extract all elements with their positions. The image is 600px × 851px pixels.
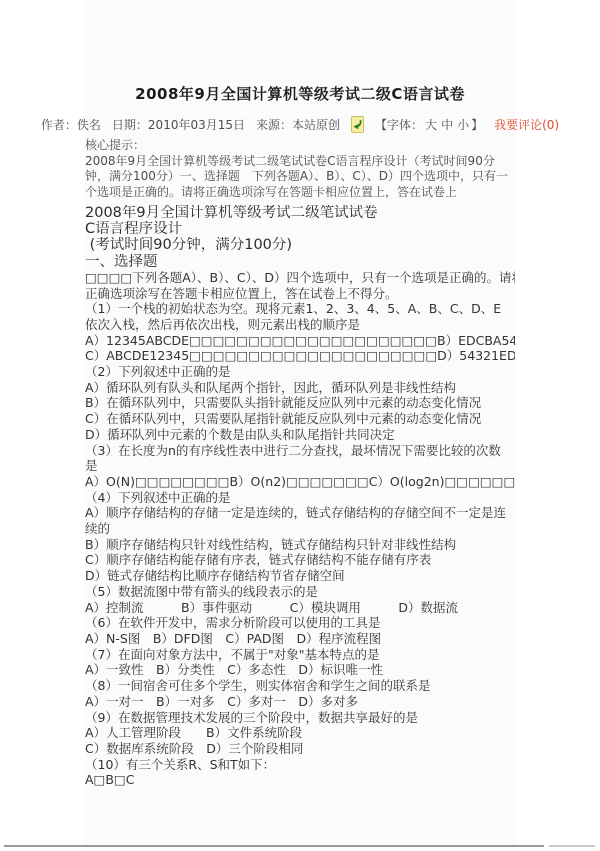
author-label: 作者：佚名	[41, 117, 101, 133]
body-line: （10）有三个关系R、S和T如下：	[85, 757, 515, 773]
share-arrow-icon[interactable]	[351, 116, 364, 133]
page-title: 2008年9月全国计算机等级考试二级C语言试卷	[85, 84, 515, 104]
body-line: A）顺序存储结构的存储一定是连续的，链式存储结构的存储空间不一定是连	[85, 505, 515, 521]
body-line: C）数据库系统阶段 D）三个阶段相同	[85, 741, 515, 757]
body-line: 续的	[85, 521, 515, 537]
horizontal-scrollbar[interactable]	[0, 845, 600, 848]
body-line: （8）一间宿舍可住多个学生，则实体宿舍和学生之间的联系是	[85, 678, 515, 694]
summary-label: 核心提示：	[85, 138, 515, 154]
body-line: （2）下列叙述中正确的是	[85, 364, 515, 380]
body-line: D）循环队列中元素的个数是由队头和队尾指针共同决定	[85, 427, 515, 443]
body-line: （3）在长度为n的有序线性表中进行二分查找，最坏情况下需要比较的次数	[85, 443, 515, 459]
body-line: （5）数据流图中带有箭头的线段表示的是	[85, 584, 515, 600]
scrollbar-track[interactable]	[549, 845, 595, 847]
body-line: （4）下列叙述中正确的是	[85, 490, 515, 506]
green-arrow-glyph	[352, 119, 363, 130]
body-line: （7）在面向对象方法中，不属于"对象"基本特点的是	[85, 647, 515, 663]
body-line: （1）一个栈的初始状态为空。现将元素1、2、3、4、5、A、B、C、D、E	[85, 301, 515, 317]
body-line: A）循环队列有队头和队尾两个指针，因此，循环队列是非线性结构	[85, 380, 515, 396]
body-line: 依次入栈，然后再依次出栈，则元素出栈的顺序是	[85, 317, 515, 333]
body-line: B）顺序存储结构只针对线性结构，链式存储结构只针对非线性结构	[85, 537, 515, 553]
body-line: C）在循环队列中，只需要队尾指针就能反应队列中元素的动态变化情况	[85, 411, 515, 427]
comment-link[interactable]: 我要评论(0)	[494, 117, 559, 133]
article-body: 2008年9月全国计算机等级考试二级笔试试卷C语言程序设计 (考试时间90分钟，…	[85, 205, 515, 788]
font-label-open: 【字体：	[375, 117, 423, 133]
scrollbar-thumb[interactable]	[4, 845, 544, 847]
article: 2008年9月全国计算机等级考试二级C语言试卷 作者：佚名 日期：2010年03…	[85, 0, 515, 851]
body-line: C）ABCDE12345□□□□□□□□□□□□□□□□□□□□□D）54321…	[85, 348, 515, 364]
font-size-medium[interactable]: 中	[441, 117, 453, 133]
font-label-close: 】	[471, 117, 483, 133]
body-line: （6）在软件开发中，需求分析阶段可以使用的工具是	[85, 615, 515, 631]
body-line: B）在循环队列中，只需要队头指针就能反应队列中元素的动态变化情况	[85, 395, 515, 411]
article-meta: 作者：佚名 日期：2010年03月15日 来源：本站原创 【字体： 大 中 小 …	[85, 116, 515, 133]
page: 2008年9月全国计算机等级考试二级C语言试卷 作者：佚名 日期：2010年03…	[0, 0, 600, 851]
font-size-small[interactable]: 小	[457, 117, 469, 133]
body-line: 正确选项涂写在答题卡相应位置上，答在试卷上不得分。	[85, 286, 515, 302]
body-line: C语言程序设计	[85, 221, 515, 237]
date-label: 日期：2010年03月15日	[112, 117, 245, 133]
body-line: A）一对一 B）一对多 C）多对一 D）多对多	[85, 694, 515, 710]
summary: 核心提示： 2008年9月全国计算机等级考试二级笔试试卷C语言程序设计（考试时间…	[85, 138, 515, 200]
body-line: D）链式存储结构比顺序存储结构节省存储空间	[85, 568, 515, 584]
body-line: (考试时间90分钟，满分100分)	[85, 237, 515, 253]
body-line: 2008年9月全国计算机等级考试二级笔试试卷	[85, 205, 515, 221]
font-size-control: 【字体： 大 中 小 】	[375, 117, 483, 133]
font-size-large[interactable]: 大	[425, 117, 437, 133]
summary-text: 2008年9月全国计算机等级考试二级笔试试卷C语言程序设计（考试时间90分钟，满…	[85, 154, 515, 201]
body-line: A）一致性 B）分类性 C）多态性 D）标识唯一性	[85, 662, 515, 678]
body-line: 是	[85, 458, 515, 474]
body-line: A）控制流 B）事件驱动 C）模块调用 D）数据流	[85, 600, 515, 616]
body-line: A）O(N)□□□□□□□□B）O(n2)□□□□□□□C）O(log2n)□□…	[85, 474, 515, 490]
body-line: 一、选择题	[85, 254, 515, 270]
body-line: （9）在数据管理技术发展的三个阶段中，数据共享最好的是	[85, 710, 515, 726]
body-line: A）N-S图 B）DFD图 C）PAD图 D）程序流程图	[85, 631, 515, 647]
body-line: □□□□下列各题A）、B）、C）、D）四个选项中，只有一个选项是正确的。请将	[85, 270, 515, 286]
body-line: A□B□C	[85, 772, 515, 788]
body-line: A）人工管理阶段 B）文件系统阶段	[85, 725, 515, 741]
source-label: 来源：本站原创	[256, 117, 340, 133]
body-line: C）顺序存储结构能存储有序表，链式存储结构不能存储有序表	[85, 552, 515, 568]
body-line: A）12345ABCDE□□□□□□□□□□□□□□□□□□□□□B）EDCBA…	[85, 333, 515, 349]
